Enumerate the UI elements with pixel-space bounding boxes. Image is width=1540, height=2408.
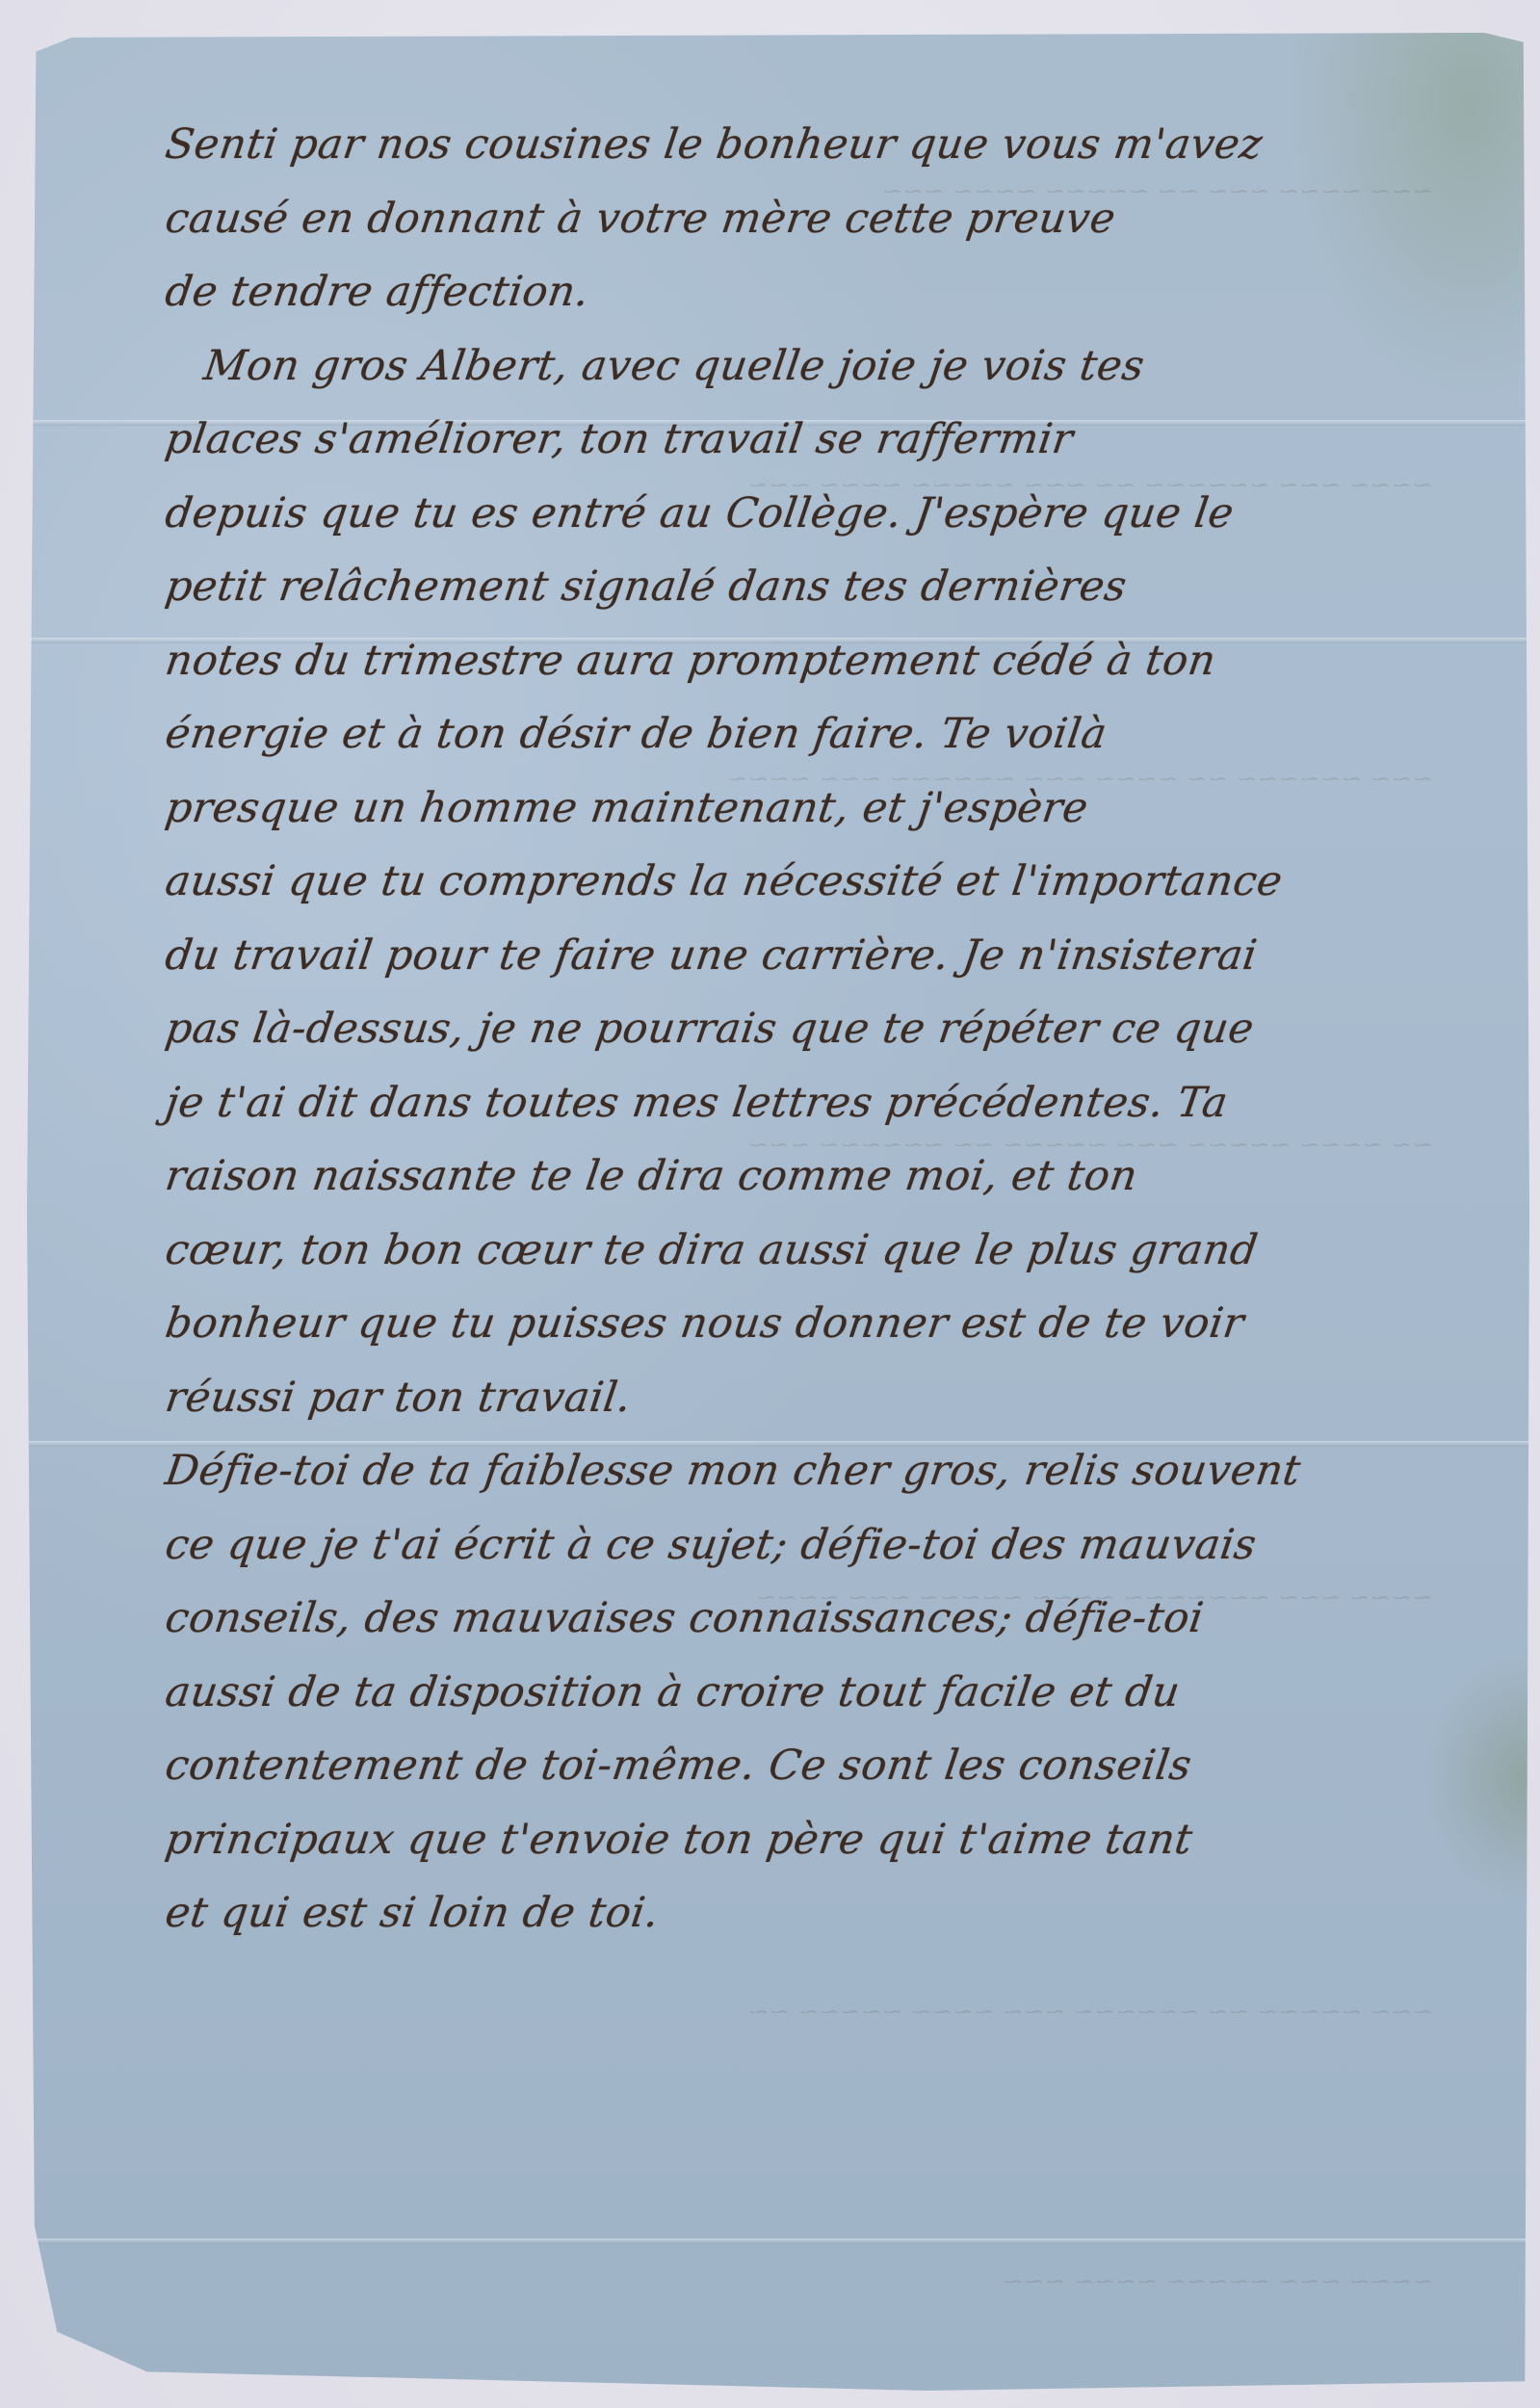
- letter-line: causé en donnant à votre mère cette preu…: [161, 182, 1481, 256]
- bleed-through-text: ~~~~ ~~~ ~~~~~ ~~~~ ~~~: [123, 2267, 1433, 2283]
- letter-line: du travail pour te faire une carrière. J…: [161, 919, 1481, 993]
- letter-line: Défie-toi de ta faiblesse mon cher gros,…: [161, 1434, 1481, 1508]
- letter-line: conseils, des mauvaises connaissances; d…: [161, 1582, 1481, 1656]
- letter-line: Senti par nos cousines le bonheur que vo…: [161, 108, 1481, 182]
- letter-line: places s'améliorer, ton travail se raffe…: [161, 403, 1481, 477]
- letter-body: Senti par nos cousines le bonheur que vo…: [166, 108, 1475, 1950]
- letter-line: aussi de ta disposition à croire tout fa…: [161, 1656, 1481, 1730]
- letter-line: énergie et à ton désir de bien faire. Te…: [161, 697, 1481, 772]
- letter-line: de tendre affection.: [161, 255, 1481, 329]
- letter-line: raison naissante te le dira comme moi, e…: [161, 1139, 1481, 1214]
- letter-line: principaux que t'envoie ton père qui t'a…: [161, 1803, 1481, 1877]
- letter-line: contentement de toi-même. Ce sont les co…: [161, 1729, 1481, 1803]
- letter-line: petit relâchement signalé dans tes derni…: [161, 550, 1481, 624]
- bleed-through-text: ~~~ ~~~~~ ~~ ~~~~~~ ~~~ ~~~~ ~~~~~ ~~: [123, 1998, 1433, 2013]
- letter-line: pas là-dessus, je ne pourrais que te rép…: [161, 992, 1481, 1066]
- letter-line: et qui est si loin de toi.: [161, 1876, 1481, 1950]
- letter-line: notes du trimestre aura promptement cédé…: [161, 624, 1481, 698]
- letter-line: Mon gros Albert, avec quelle joie je voi…: [161, 329, 1481, 404]
- letter-line: bonheur que tu puisses nous donner est d…: [161, 1287, 1481, 1361]
- letter-line: réussi par ton travail.: [161, 1361, 1481, 1435]
- letter-line: aussi que tu comprends la nécessité et l…: [161, 845, 1481, 919]
- letter-line: presque un homme maintenant, et j'espère: [161, 772, 1481, 846]
- letter-line: depuis que tu es entré au Collège. J'esp…: [161, 477, 1481, 551]
- letter-line: cœur, ton bon cœur te dira aussi que le …: [161, 1214, 1481, 1288]
- fold-crease: [27, 2238, 1529, 2244]
- letter-line: je t'ai dit dans toutes mes lettres préc…: [161, 1066, 1481, 1140]
- letter-line: ce que je t'ai écrit à ce sujet; défie-t…: [161, 1508, 1481, 1583]
